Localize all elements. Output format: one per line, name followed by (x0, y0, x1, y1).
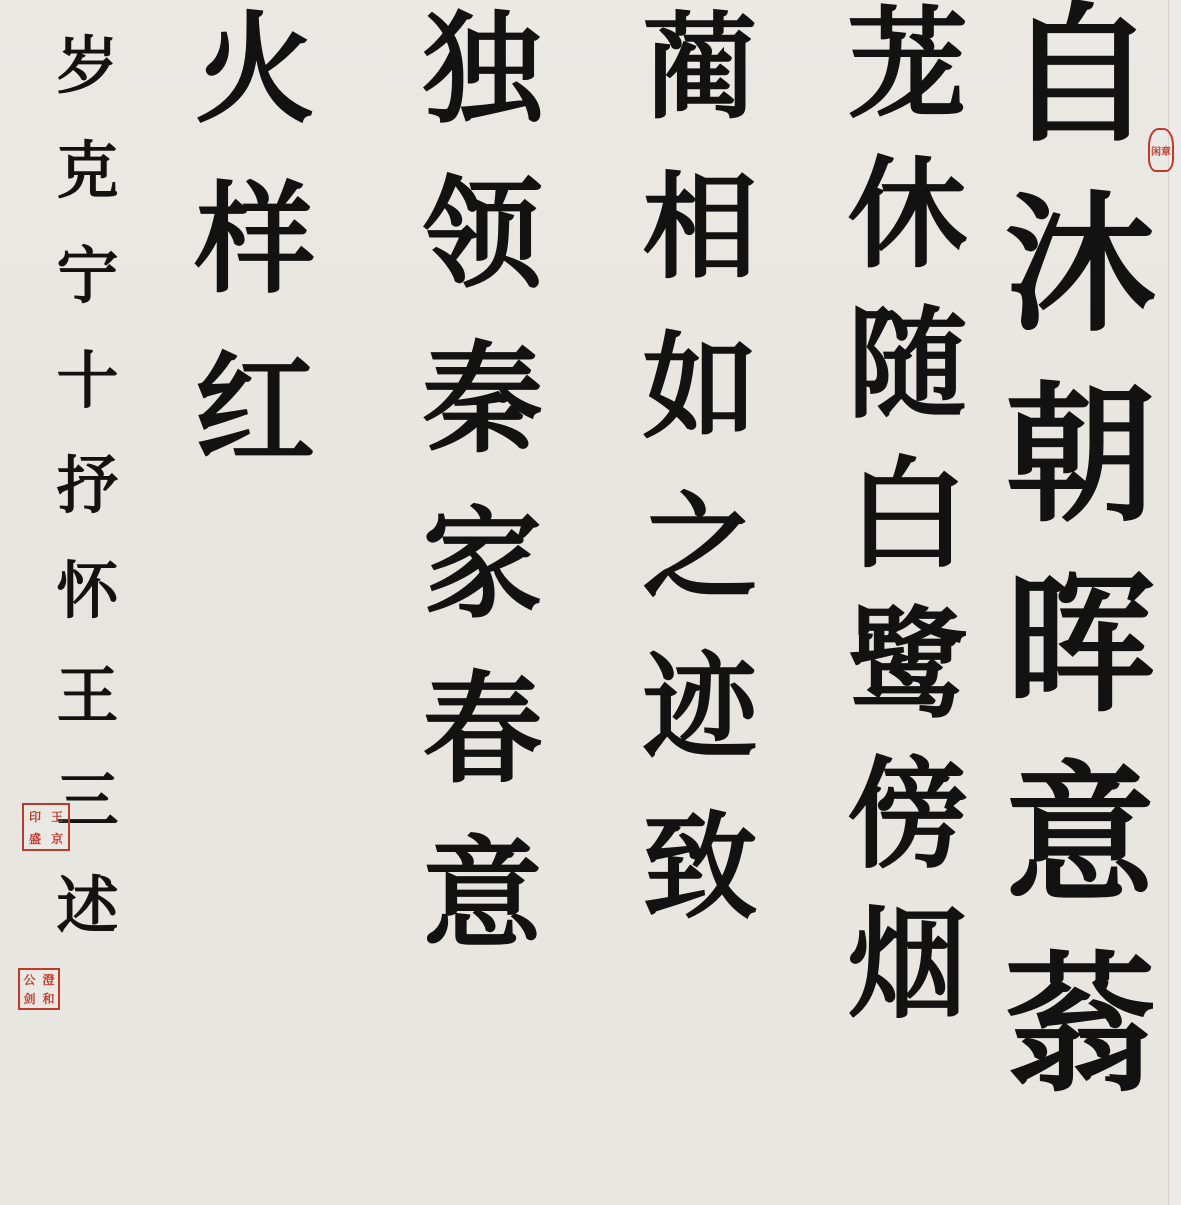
poem-column-4: 独 领 秦 家 春 意 (395, 10, 570, 1165)
poem-column-1: 自 沐 朝 晖 意 蓊 (1005, 0, 1155, 1140)
char: 沐 (1005, 190, 1155, 380)
poem-column-3: 蔺 相 如 之 迹 致 (600, 10, 800, 1130)
name-seal-1: 印 王 盛 京 (22, 803, 70, 851)
char: 如 (642, 330, 757, 490)
char: 独 (423, 10, 543, 175)
char: 傍 (848, 755, 968, 905)
char: 休 (848, 155, 968, 305)
char: 致 (642, 810, 757, 970)
char: 蔺 (642, 10, 757, 170)
char: 蓊 (1005, 950, 1155, 1140)
seal-text: 剑 (20, 990, 39, 1007)
seal-text: 京 (46, 830, 68, 847)
char: 怀 (56, 560, 118, 665)
char: 岁 (56, 35, 118, 140)
name-seal-2: 公 澄 剑 和 (18, 968, 60, 1010)
char: 宁 (56, 245, 118, 350)
char: 随 (848, 305, 968, 455)
char: 茏 (848, 5, 968, 155)
char: 晖 (1005, 570, 1155, 760)
seal-text: 澄 (39, 971, 58, 988)
char: 王 (56, 665, 118, 770)
char: 十 (56, 350, 118, 455)
char: 抒 (56, 455, 118, 560)
char: 白 (848, 455, 968, 605)
char: 红 (195, 350, 315, 520)
seal-text: 闲章 (1151, 143, 1171, 158)
mount-edge (1168, 0, 1181, 1205)
char: 自 (1005, 0, 1155, 190)
seal-text: 公 (20, 971, 39, 988)
char: 秦 (423, 340, 543, 505)
char: 意 (1005, 760, 1155, 950)
seal-text: 印 (24, 808, 46, 825)
char: 克 (56, 140, 118, 245)
char: 意 (423, 835, 543, 1000)
seal-text: 盛 (24, 830, 46, 847)
char: 述 (56, 875, 118, 980)
char: 家 (423, 505, 543, 670)
poem-column-2: 茏 休 随 白 鹭 傍 烟 (825, 5, 990, 1055)
char: 领 (423, 175, 543, 340)
char: 相 (642, 170, 757, 330)
char: 火 (195, 10, 315, 180)
char: 样 (195, 180, 315, 350)
char: 鹭 (848, 605, 968, 755)
char: 之 (642, 490, 757, 650)
leading-seal: 闲章 (1148, 128, 1174, 172)
char: 朝 (1005, 380, 1155, 570)
poem-column-5: 火 样 红 (175, 10, 335, 520)
char: 迹 (642, 650, 757, 810)
seal-text: 王 (46, 808, 68, 825)
seal-text: 和 (39, 990, 58, 1007)
char: 烟 (848, 905, 968, 1055)
char: 春 (423, 670, 543, 835)
